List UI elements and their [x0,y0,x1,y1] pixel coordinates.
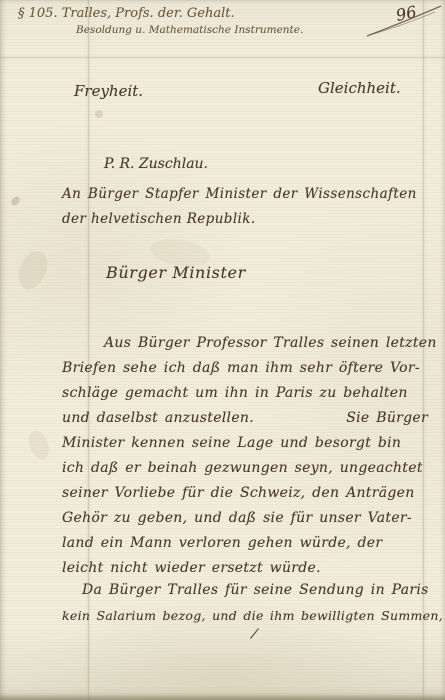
body-paragraph-2: Da Bürger Tralles für seine Sendung in P… [62,578,432,628]
archive-note-line2: Besoldung u. Mathematische Instrumente. [76,24,303,36]
body-line: land ein Mann verloren gehen würde, der [62,531,428,556]
body-line: Da Bürger Tralles für seine Sendung in P… [62,578,432,603]
body-line: seiner Vorliebe für die Schweiz, den Ant… [62,481,428,506]
page-number-flourish [365,0,445,40]
address-line1: P. R. Zuschlau. [104,156,208,172]
body-line: und daselbst anzustellen. Sie Bürger [62,406,428,431]
body-line: Minister kennen seine Lage und besorgt b… [62,431,428,456]
body-line: schläge gemacht um ihn in Paris zu behal… [62,381,428,406]
body-line-fragment: und daselbst anzustellen. [62,406,254,431]
paper-stain [25,428,52,462]
body-line: kein Salarium bezog, und die ihm bewilli… [62,603,432,628]
body-line: Aus Bürger Professor Tralles seinen letz… [62,331,428,356]
motto-gleichheit: Gleichheit. [318,79,401,97]
manuscript-page: § 105. Tralles, Profs. der. Gehalt. Beso… [0,0,445,700]
body-paragraph-1: Aus Bürger Professor Tralles seinen letz… [62,331,428,581]
paper-stain [13,246,53,293]
body-line: Gehör zu geben, und daß sie für unser Va… [62,506,428,531]
address-line2: An Bürger Stapfer Minister der Wissensch… [62,186,417,202]
horizontal-fold-crease [0,57,445,58]
page-bottom-edge [0,694,445,700]
catchword-mark: ∕ [250,626,258,643]
motto-freyheit: Freyheit. [74,82,143,100]
paper-stain [10,195,22,207]
address-line3: der helvetischen Republik. [62,211,256,227]
salutation: Bürger Minister [106,263,246,282]
archive-note-line1: § 105. Tralles, Profs. der. Gehalt. [18,6,235,21]
body-line-fragment: Sie Bürger [346,406,428,431]
body-line: ich daß er beinah gezwungen seyn, ungeac… [62,456,428,481]
body-line: Briefen sehe ich daß man ihm sehr öftere… [62,356,428,381]
paper-stain [95,110,103,118]
